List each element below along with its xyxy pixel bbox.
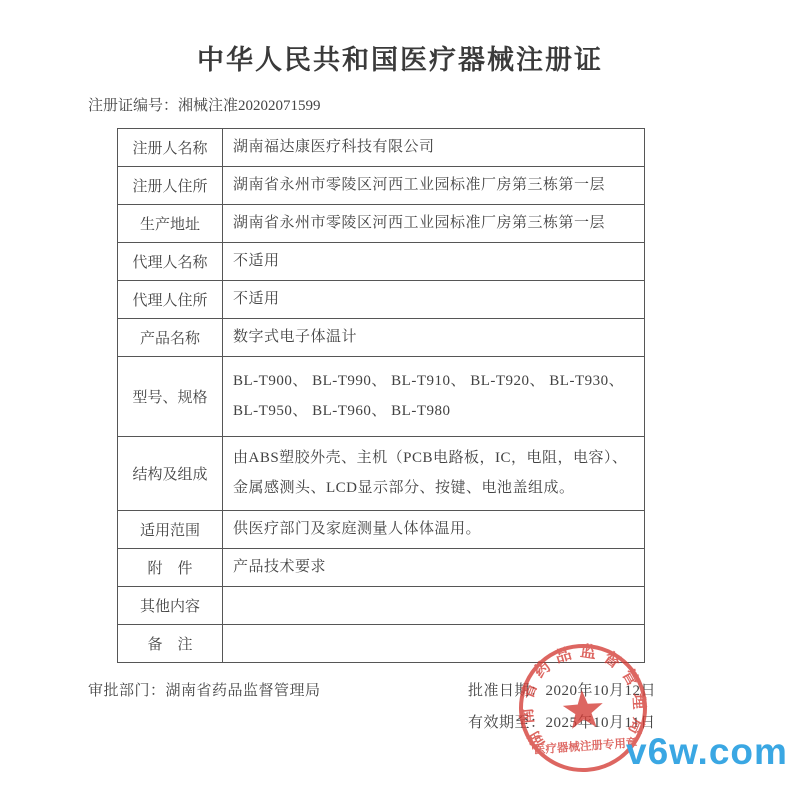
row-label: 代理人住所 xyxy=(118,281,223,319)
table-row: 生产地址 湖南省永州市零陵区河西工业园标准厂房第三栋第一层 xyxy=(118,205,645,243)
row-value: 湖南省永州市零陵区河西工业园标准厂房第三栋第一层 xyxy=(223,167,645,205)
row-value: 不适用 xyxy=(223,243,645,281)
valid-until-label: 有效期至： xyxy=(468,715,546,731)
certificate-table: 注册人名称 湖南福达康医疗科技有限公司 注册人住所 湖南省永州市零陵区河西工业园… xyxy=(117,128,645,663)
row-label: 结构及组成 xyxy=(118,437,223,511)
table-row: 注册人住所 湖南省永州市零陵区河西工业园标准厂房第三栋第一层 xyxy=(118,167,645,205)
approval-department-value: 湖南省药品监督管理局 xyxy=(166,683,321,699)
row-value xyxy=(223,625,645,663)
table-row: 注册人名称 湖南福达康医疗科技有限公司 xyxy=(118,129,645,167)
table-row: 结构及组成 由ABS塑胶外壳、主机（PCB电路板，IC，电阻，电容）、金属感测头… xyxy=(118,437,645,511)
approve-date-line: 批准日期：2020年10月12日 xyxy=(468,679,656,700)
table-row: 代理人名称 不适用 xyxy=(118,243,645,281)
row-label: 适用范围 xyxy=(118,511,223,549)
row-value: BL-T900、 BL-T990、 BL-T910、 BL-T920、 BL-T… xyxy=(223,357,645,437)
table-row: 产品名称 数字式电子体温计 xyxy=(118,319,645,357)
table-row: 备 注 xyxy=(118,625,645,663)
table-row: 型号、规格 BL-T900、 BL-T990、 BL-T910、 BL-T920… xyxy=(118,357,645,437)
row-label: 代理人名称 xyxy=(118,243,223,281)
row-value xyxy=(223,587,645,625)
approve-date-label: 批准日期： xyxy=(468,683,546,699)
cert-number-line: 注册证编号：湘械注准20202071599 xyxy=(88,94,321,115)
row-value: 湖南福达康医疗科技有限公司 xyxy=(223,129,645,167)
approval-department-label: 审批部门： xyxy=(88,683,166,699)
row-label: 产品名称 xyxy=(118,319,223,357)
row-label: 注册人名称 xyxy=(118,129,223,167)
row-label: 附 件 xyxy=(118,549,223,587)
row-value: 产品技术要求 xyxy=(223,549,645,587)
stamp-bottom-text: 医疗器械注册专用章 xyxy=(534,735,639,756)
table-row: 适用范围 供医疗部门及家庭测量人体体温用。 xyxy=(118,511,645,549)
watermark-text: v6w.com xyxy=(626,731,788,773)
table-row: 代理人住所 不适用 xyxy=(118,281,645,319)
cert-number-label: 注册证编号： xyxy=(88,98,178,114)
row-value: 供医疗部门及家庭测量人体体温用。 xyxy=(223,511,645,549)
row-value: 由ABS塑胶外壳、主机（PCB电路板，IC，电阻，电容）、金属感测头、LCD显示… xyxy=(223,437,645,511)
valid-until-line: 有效期至：2025年10月11日 xyxy=(468,711,655,732)
row-label: 生产地址 xyxy=(118,205,223,243)
table-row: 其他内容 xyxy=(118,587,645,625)
row-label: 其他内容 xyxy=(118,587,223,625)
row-label: 备 注 xyxy=(118,625,223,663)
row-value: 不适用 xyxy=(223,281,645,319)
row-value: 数字式电子体温计 xyxy=(223,319,645,357)
approval-department-line: 审批部门：湖南省药品监督管理局 xyxy=(88,679,321,700)
cert-number-value: 湘械注准20202071599 xyxy=(178,98,321,114)
row-label: 注册人住所 xyxy=(118,167,223,205)
page-title: 中华人民共和国医疗器械注册证 xyxy=(0,38,800,77)
approve-date-value: 2020年10月12日 xyxy=(546,683,657,699)
row-value: 湖南省永州市零陵区河西工业园标准厂房第三栋第一层 xyxy=(223,205,645,243)
table-row: 附 件 产品技术要求 xyxy=(118,549,645,587)
valid-until-value: 2025年10月11日 xyxy=(546,715,656,731)
row-label: 型号、规格 xyxy=(118,357,223,437)
